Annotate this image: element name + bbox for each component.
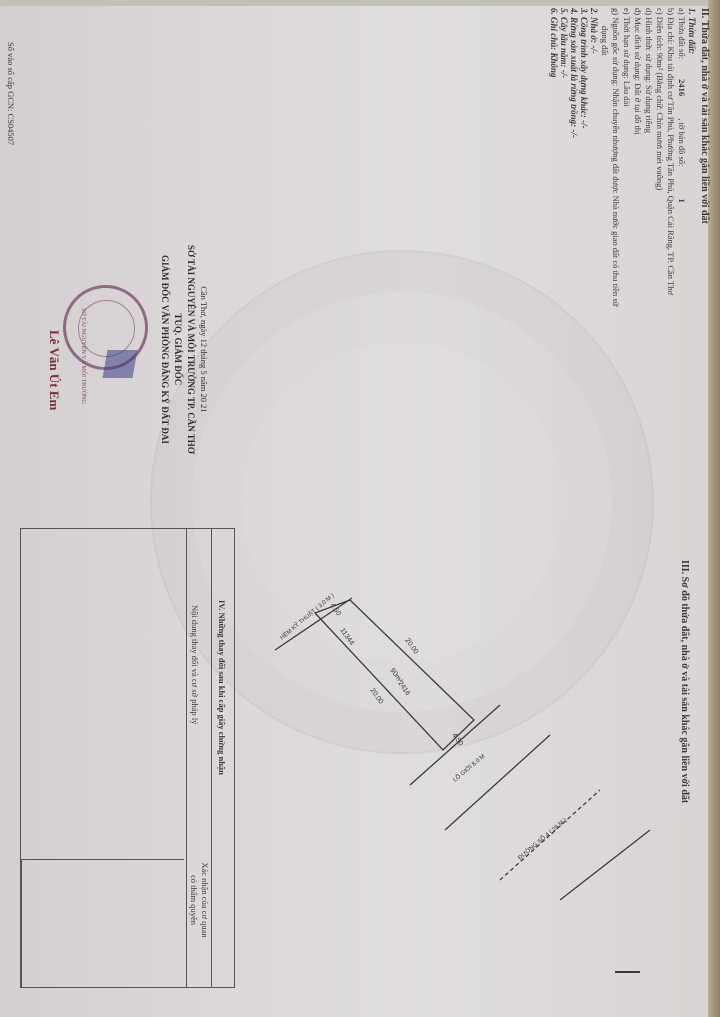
dim-bottom: 20.00 <box>368 687 384 705</box>
neighbor-parcel: 11344 <box>338 627 355 647</box>
col-confirm-header: Xác nhận của cơ quan có thẩm quyền <box>188 860 210 940</box>
certificate-page: II. Thửa đất, nhà ở và tài sản khác gắn … <box>0 0 720 1017</box>
back-alley-label: HẺM KỸ THUẬT ( 3,0 M ) <box>279 592 336 641</box>
dim-top: 20.00 <box>403 637 419 655</box>
dim-right: 4.50 <box>450 732 464 747</box>
changes-title: IV. Những thay đổi sau khi cấp giấy chứn… <box>217 600 227 775</box>
col-content-header: Nội dung thay đổi và cơ sở pháp lý <box>189 605 200 724</box>
street-label: ĐƯỜNG SỐ 4 ( 28 M ) <box>517 817 568 862</box>
road-front-label: LỘ GIỚI 8.0 M <box>452 753 487 784</box>
